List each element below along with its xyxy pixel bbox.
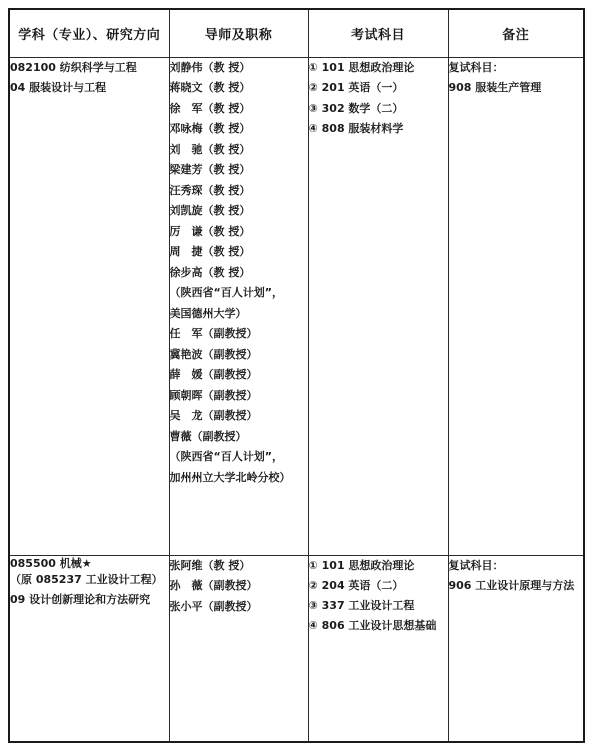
exam-subject-line: ① 101 思想政治理论 xyxy=(309,556,448,576)
header-remarks-column: 备注 xyxy=(448,9,584,57)
major-line: 09 设计创新理论和方法研究 xyxy=(10,591,169,609)
remark-line: 复试科目： xyxy=(449,556,584,577)
supervisor-line: 美国德州大学） xyxy=(170,304,308,325)
exam-subject-line: ② 204 英语（二） xyxy=(309,576,448,596)
exam-subject-line: ① 101 思想政治理论 xyxy=(309,58,448,79)
header-exam-column: 考试科目 xyxy=(308,9,448,57)
exam-subject-line: ② 201 英语（一） xyxy=(309,78,448,99)
supervisor-line: 孙 薇（副教授） xyxy=(170,576,308,597)
supervisor-line: 加州州立大学北岭分校） xyxy=(170,468,308,489)
supervisor-line: 任 军（副教授） xyxy=(170,324,308,345)
supervisor-line: 汪秀琛（教 授） xyxy=(170,181,308,202)
remarks-cell: 复试科目：906 工业设计原理与方法 xyxy=(448,555,584,742)
header-major-column: 学科（专业）、研究方向 xyxy=(9,9,169,57)
exam-subjects-cell: ① 101 思想政治理论② 201 英语（一）③ 302 数学（二）④ 808 … xyxy=(308,57,448,555)
supervisor-line: 徐 军（教 授） xyxy=(170,99,308,120)
supervisor-line: 刘静伟（教 授） xyxy=(170,58,308,79)
supervisor-line: 厉 谦（教 授） xyxy=(170,222,308,243)
major-line: 082100 纺织科学与工程 xyxy=(10,58,169,78)
supervisor-line: 邓咏梅（教 授） xyxy=(170,119,308,140)
major-cell: 082100 纺织科学与工程04 服装设计与工程 xyxy=(9,57,169,555)
supervisors-cell: 张阿维（教 授）孙 薇（副教授）张小平（副教授） xyxy=(169,555,308,742)
header-supervisor-column: 导师及职称 xyxy=(169,9,308,57)
major-line: （原 085237 工业设计工程） xyxy=(10,572,169,588)
supervisor-line: 蒋晓文（教 授） xyxy=(170,78,308,99)
exam-subject-line: ④ 808 服装材料学 xyxy=(309,119,448,140)
supervisor-line: 张阿维（教 授） xyxy=(170,556,308,577)
remark-line: 复试科目： xyxy=(449,58,584,79)
table-row-mechanical: 085500 机械★（原 085237 工业设计工程）09 设计创新理论和方法研… xyxy=(9,555,584,742)
supervisor-line: 薛 媛（副教授） xyxy=(170,365,308,386)
supervisors-cell: 刘静伟（教 授）蒋晓文（教 授）徐 军（教 授）邓咏梅（教 授）刘 驰（教 授）… xyxy=(169,57,308,555)
supervisor-line: 冀艳波（副教授） xyxy=(170,345,308,366)
supervisor-line: 梁建芳（教 授） xyxy=(170,160,308,181)
supervisor-line: 吴 龙（副教授） xyxy=(170,406,308,427)
supervisor-line: 曹薇（副教授） xyxy=(170,427,308,448)
remarks-cell: 复试科目：908 服装生产管理 xyxy=(448,57,584,555)
supervisor-line: 顾朝晖（副教授） xyxy=(170,386,308,407)
major-line: 04 服装设计与工程 xyxy=(10,78,169,98)
table-row-textile-science: 082100 纺织科学与工程04 服装设计与工程 刘静伟（教 授）蒋晓文（教 授… xyxy=(9,57,584,555)
exam-subject-line: ③ 337 工业设计工程 xyxy=(309,596,448,616)
supervisor-line: 周 捷（教 授） xyxy=(170,242,308,263)
supervisor-line: 徐步高（教 授） xyxy=(170,263,308,284)
remark-line: 908 服装生产管理 xyxy=(449,78,584,99)
supervisor-line: （陕西省“百人计划”， xyxy=(170,447,308,468)
major-cell: 085500 机械★（原 085237 工业设计工程）09 设计创新理论和方法研… xyxy=(9,555,169,742)
supervisor-line: 刘 驰（教 授） xyxy=(170,140,308,161)
exam-subjects-cell: ① 101 思想政治理论② 204 英语（二）③ 337 工业设计工程④ 806… xyxy=(308,555,448,742)
remark-line: 906 工业设计原理与方法 xyxy=(449,576,584,597)
admissions-catalog-table: 学科（专业）、研究方向 导师及职称 考试科目 备注 082100 纺织科学与工程… xyxy=(8,8,585,743)
supervisor-line: 张小平（副教授） xyxy=(170,597,308,618)
exam-subject-line: ④ 806 工业设计思想基础 xyxy=(309,616,448,636)
table-header-row: 学科（专业）、研究方向 导师及职称 考试科目 备注 xyxy=(9,9,584,57)
supervisor-line: （陕西省“百人计划”， xyxy=(170,283,308,304)
exam-subject-line: ③ 302 数学（二） xyxy=(309,99,448,120)
admissions-table-wrap: 学科（专业）、研究方向 导师及职称 考试科目 备注 082100 纺织科学与工程… xyxy=(8,8,585,743)
supervisor-line: 刘凯旋（教 授） xyxy=(170,201,308,222)
major-line: 085500 机械★ xyxy=(10,556,169,572)
